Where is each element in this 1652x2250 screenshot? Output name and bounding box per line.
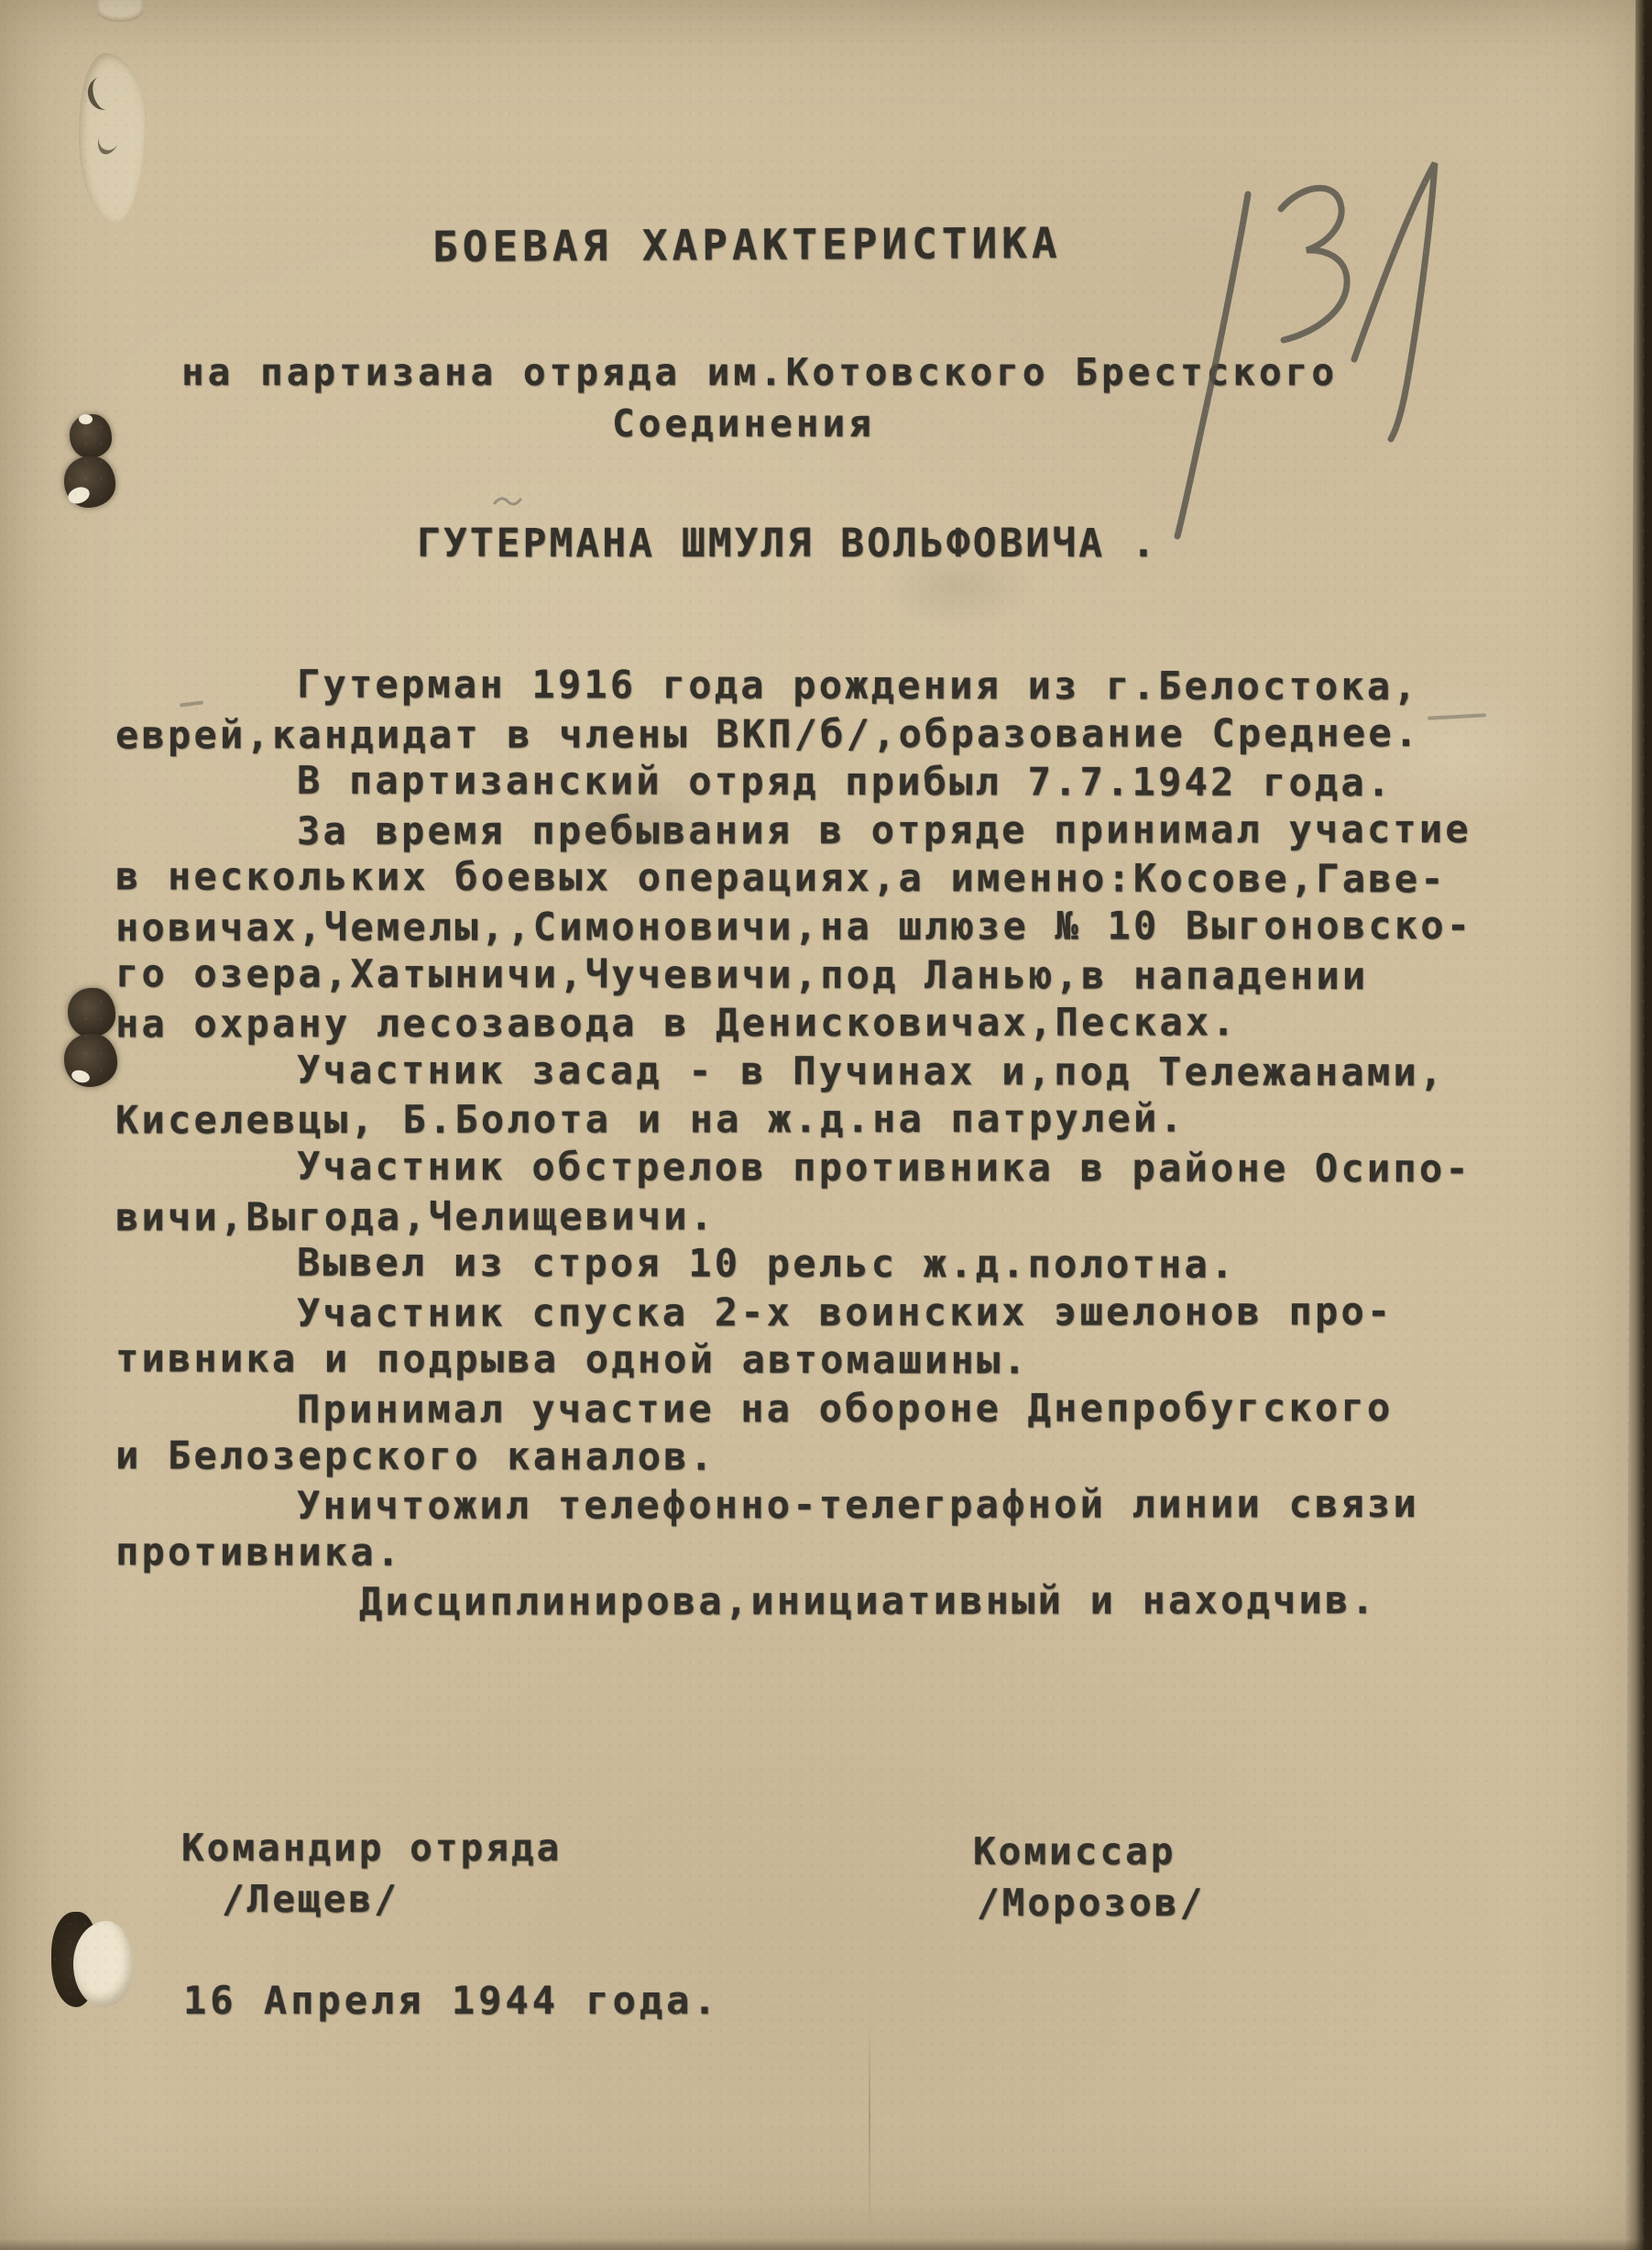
- paper-speck: [79, 414, 93, 424]
- handwritten-page-number: [1127, 119, 1475, 541]
- body-line: За время пребывания в отряде принимал уч…: [115, 805, 1618, 855]
- body-line: вичи,Выгода,Челищевичи.: [115, 1191, 1618, 1241]
- body-line: Участник спуска 2-х воинских эшелонов пр…: [115, 1287, 1618, 1337]
- signature-left-role: Командир отряда: [181, 1826, 562, 1870]
- body-line: Уничтожил телефонно-телеграфной линии св…: [115, 1480, 1618, 1531]
- signature-right-name: /Морозов/: [977, 1881, 1205, 1925]
- pencil-tilde-mark: [493, 493, 522, 510]
- body-line: Киселевцы, Б.Болота и на ж.д.на патрулей…: [115, 1094, 1618, 1145]
- paper-crease: [869, 2016, 870, 2236]
- body-line: Гутерман 1916 года рождения из г.Белосто…: [115, 660, 1618, 711]
- body-line: Участник засад - в Пучинах и,под Тележан…: [115, 1046, 1618, 1097]
- body-line: Дисциплинирова,инициативный и находчив.: [115, 1576, 1618, 1627]
- body-line: на охрану лесозавода в Денисковичах,Песк…: [115, 998, 1618, 1048]
- body-text: Гутерман 1916 года рождения из г.Белосто…: [115, 662, 1618, 1626]
- body-line: Вывел из строя 10 рельс ж.д.полотна.: [115, 1238, 1618, 1290]
- document-page: БОЕВАЯ ХАРАКТЕРИСТИКА на партизана отряд…: [0, 0, 1652, 2250]
- body-line: Участник обстрелов противника в районе О…: [115, 1142, 1618, 1193]
- punch-hole: [68, 988, 115, 1037]
- scan-edge-bottom: [0, 2239, 1652, 2250]
- punch-hole: [64, 1034, 117, 1087]
- date-line: 16 Апреля 1944 года.: [183, 1978, 720, 2023]
- paper-tear-bottom-left: [73, 1921, 134, 2007]
- scan-edge-right: [1625, 0, 1652, 2250]
- body-line: еврей,кандидат в члены ВКП/б/,образовани…: [115, 708, 1618, 759]
- body-line: и Белозерского каналов.: [115, 1432, 1618, 1483]
- body-line: в нескольких боевых операциях,а именно:К…: [115, 853, 1618, 905]
- paper-tear-top-edge: [97, 0, 143, 22]
- document-title: БОЕВАЯ ХАРАКТЕРИСТИКА: [432, 218, 1062, 271]
- body-line: Принимал участие на обороне Днепробугско…: [115, 1383, 1618, 1433]
- body-line: тивника и подрыва одной автомашины.: [115, 1335, 1618, 1387]
- body-line: го озера,Хатыничи,Чучевичи,под Ланью,в н…: [115, 949, 1618, 1001]
- body-line: В партизанский отряд прибыл 7.7.1942 год…: [115, 756, 1618, 807]
- signature-left-name: /Лещев/: [222, 1877, 399, 1921]
- signature-right-role: Комиссар: [973, 1829, 1176, 1873]
- subtitle-line-2: Соединения: [612, 401, 875, 445]
- body-line: противника.: [115, 1528, 1618, 1579]
- name-heading: ГУТЕРМАНА ШМУЛЯ ВОЛЬФОВИЧА .: [417, 521, 1158, 566]
- body-line: новичах,Чемелы,,Симоновичи,на шлюзе № 10…: [115, 902, 1618, 952]
